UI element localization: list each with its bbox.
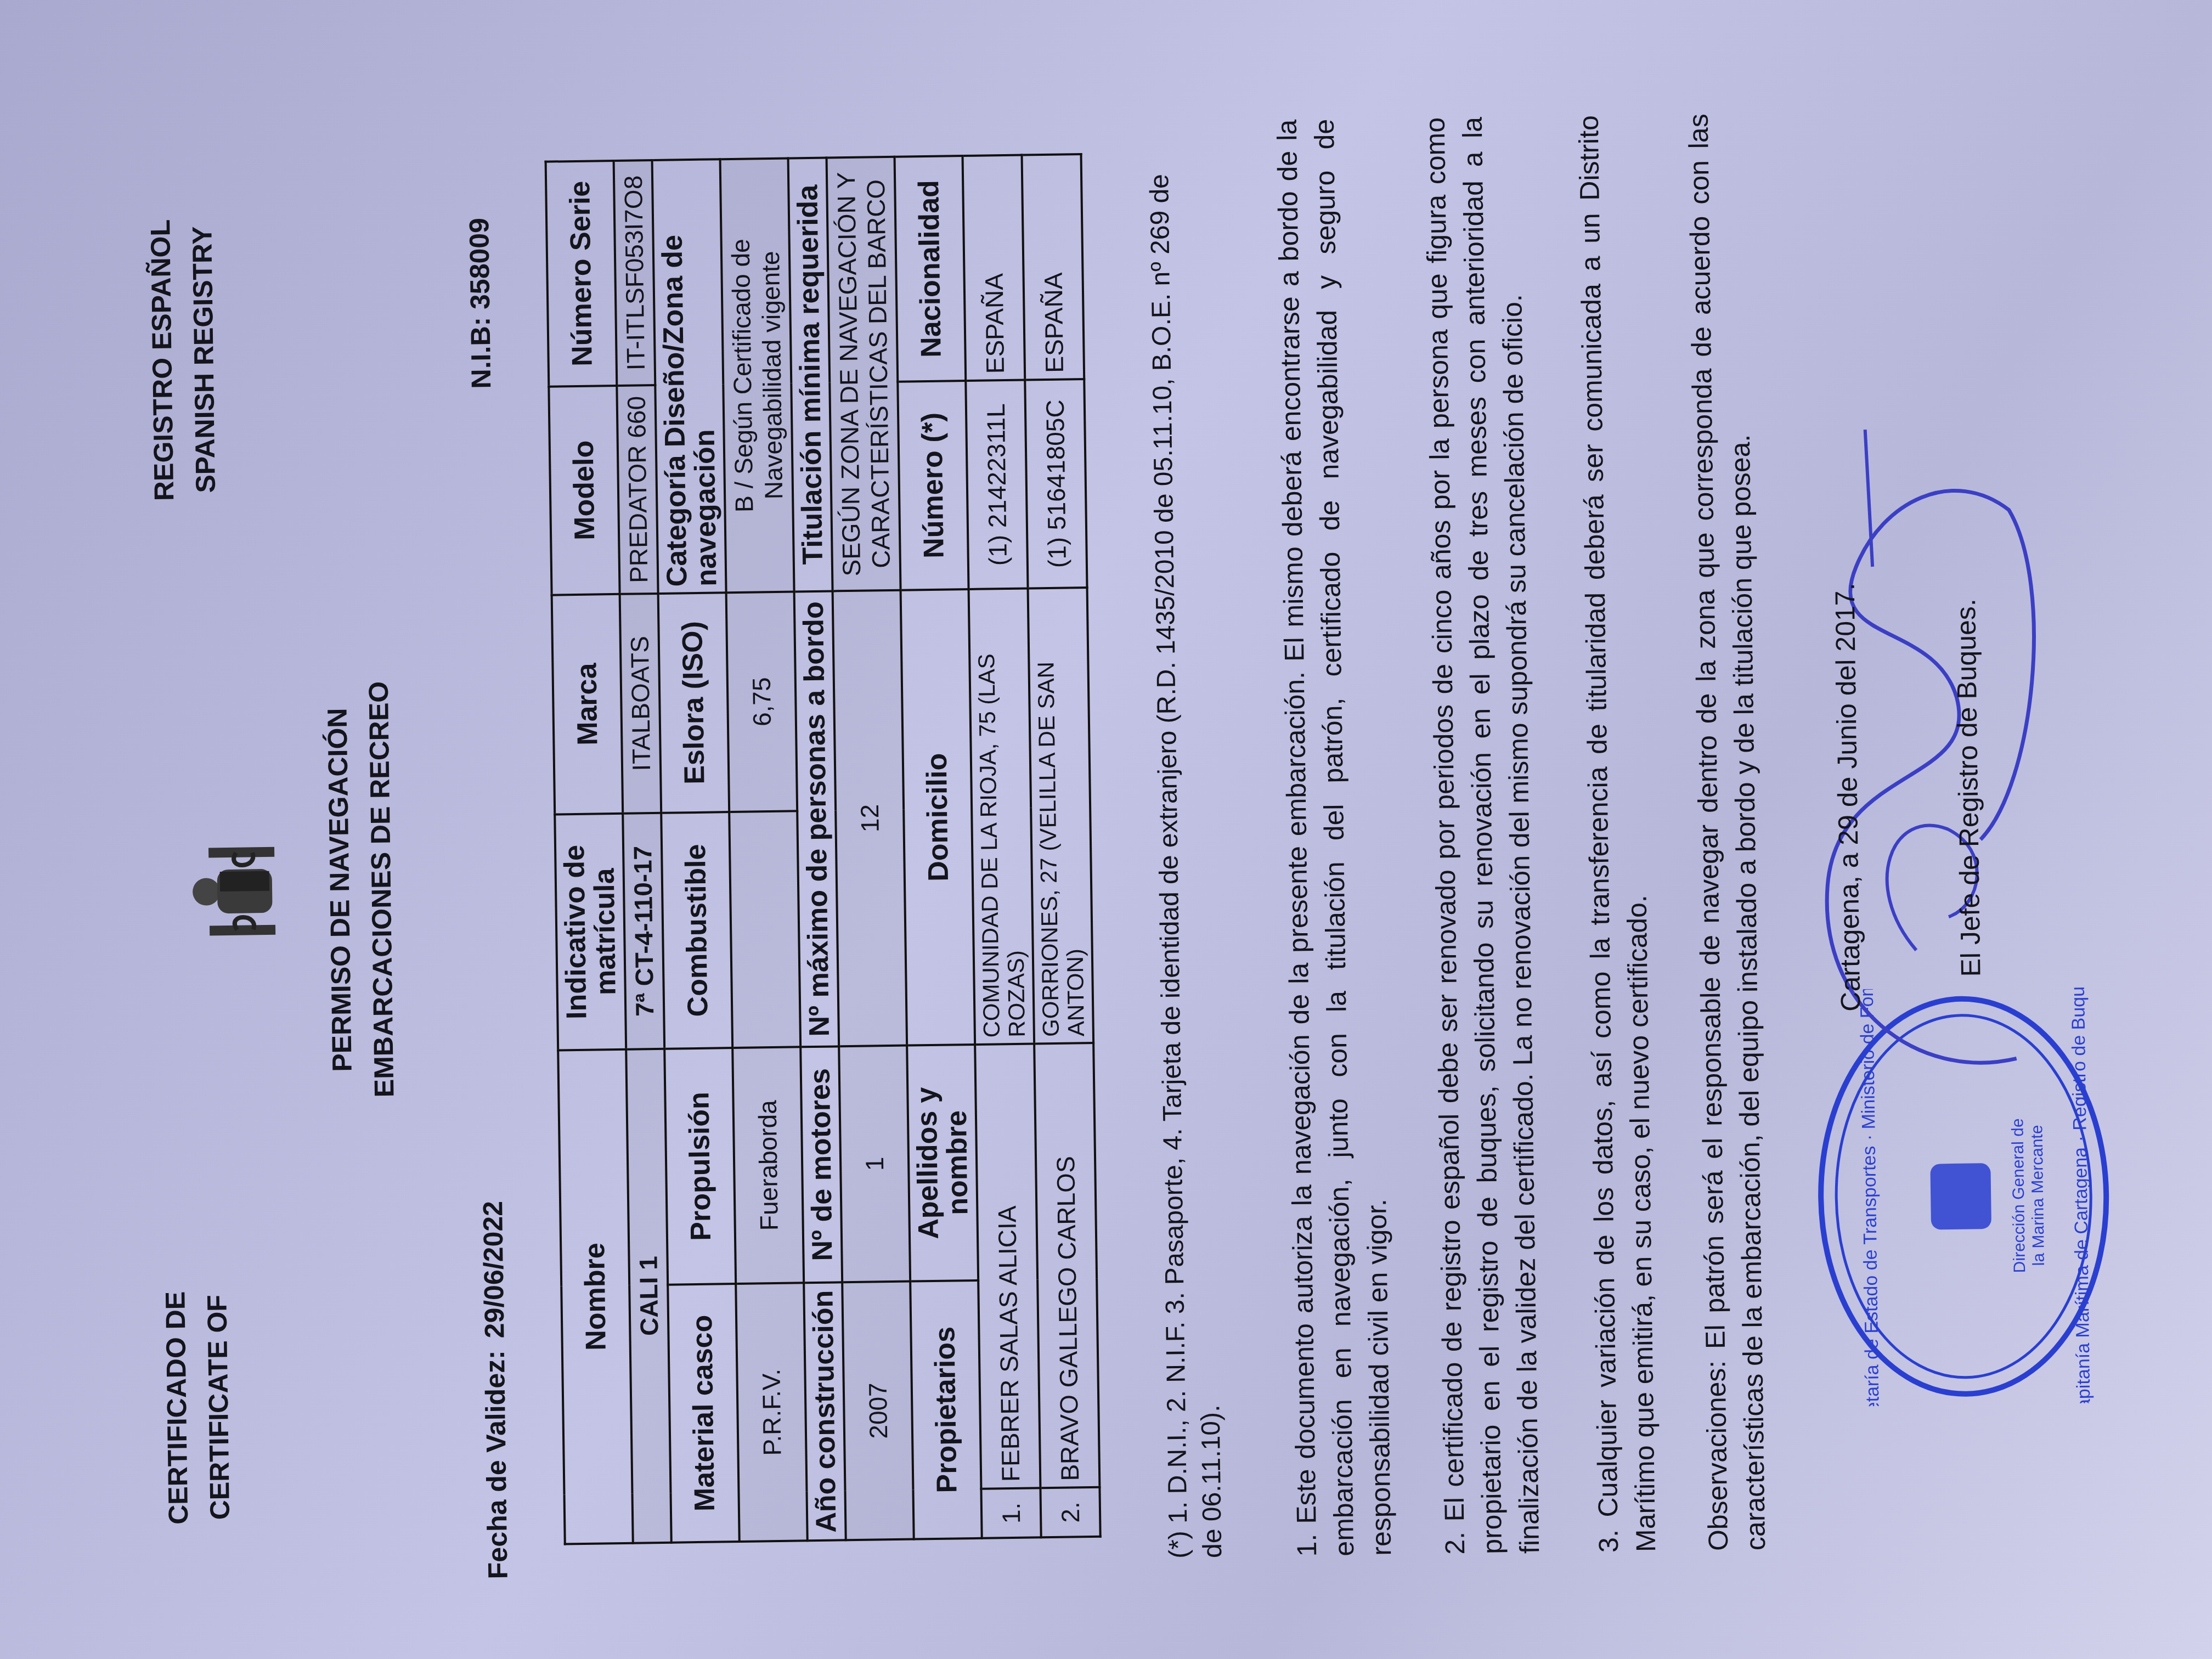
owner-name: BRAVO GALLEGO CARLOS <box>1034 1043 1099 1488</box>
heading-es: CERTIFICADO DE <box>154 1254 200 1562</box>
svg-text:Dirección General de: Dirección General de <box>2008 1118 2029 1273</box>
registry-heading: REGISTRO ESPAÑOL SPANISH REGISTRY <box>139 195 227 525</box>
owner-address: COMUNIDAD DE LA RIOJA, 75 (LAS ROZAS) <box>969 588 1035 1044</box>
header-domicilio: Domicilio <box>901 589 975 1046</box>
header-categoria: Categoría Diseño/Zona de navegación <box>652 159 726 594</box>
value-material-casco: P.R.F.V. <box>736 1283 808 1542</box>
signature-icon <box>1744 399 2083 1117</box>
vessel-data-table: Nombre Indicativo de matrícula Marca Mod… <box>545 153 1102 1545</box>
header-nombre: Nombre <box>558 1049 633 1544</box>
value-propulsion: Fueraborda <box>732 1047 804 1284</box>
header-material-casco: Material casco <box>668 1284 740 1543</box>
header-eslora: Eslora (ISO) <box>658 592 730 813</box>
header-num-motores: Nº de motores <box>800 1046 842 1283</box>
certificate-heading: CERTIFICADO DE CERTIFICATE OF <box>154 1254 241 1562</box>
value-marca: ITALBOATS <box>620 594 662 814</box>
value-categoria: B / Según Certificado de Navegabilidad v… <box>720 158 794 592</box>
value-modelo: PREDATOR 660 <box>617 385 658 594</box>
value-combustible <box>729 811 800 1048</box>
document-title: PERMISO DE NAVEGACIÓN EMBARCACIONES DE R… <box>315 664 405 1115</box>
nib-value: 358009 <box>464 218 495 310</box>
signer-title: El Jefe de Registro de Buques. <box>1950 599 1987 977</box>
header-titulacion: Titulación mínima requerida <box>788 158 833 592</box>
id-type-footnote: (*) 1. D.N.I., 2. N.I.F. 3. Pasaporte, 4… <box>1143 154 1231 1559</box>
owner-name: FEBRER SALAS ALICIA <box>975 1043 1040 1488</box>
header-numero-doc: Número (*) <box>898 381 968 590</box>
owner-index: 2. <box>1040 1487 1100 1537</box>
value-num-motores: 1 <box>839 1046 910 1283</box>
clause-2: 2. El certificado de registro español de… <box>1417 116 1549 1555</box>
clause-3: 3. Cualquier variación de los datos, así… <box>1570 115 1665 1553</box>
header-combustible: Combustible <box>661 812 732 1049</box>
header-propulsion: Propulsión <box>664 1048 736 1285</box>
header-nacionalidad: Nacionalidad <box>895 156 966 382</box>
value-eslora: 6,75 <box>726 591 798 812</box>
owner-index: 1. <box>981 1488 1041 1538</box>
nib-label: N.I.B: <box>465 317 497 388</box>
title-line-1: PERMISO DE NAVEGACIÓN <box>315 665 363 1115</box>
validity-value: 29/06/2022 <box>477 1201 510 1339</box>
validity-label: Fecha de Validez: <box>479 1350 513 1579</box>
header-propietarios: Propietarios <box>910 1280 982 1539</box>
value-numero-serie: IT-ITLSF053I7O8 <box>614 160 656 386</box>
registry-es: REGISTRO ESPAÑOL <box>139 195 185 525</box>
header-ano-construccion: Año construcción <box>804 1282 846 1541</box>
header-matricula: Indicativo de matrícula <box>555 814 626 1051</box>
heading-en: CERTIFICATE OF <box>195 1254 241 1561</box>
nib-number: N.I.B: 358009 <box>463 218 497 389</box>
svg-text:la Marina Mercante: la Marina Mercante <box>2028 1125 2048 1266</box>
header-numero-serie: Número Serie <box>546 161 617 387</box>
clause-1: 1. Este documento autoriza la navegación… <box>1268 118 1401 1557</box>
owner-id-number: (1) 21422311L <box>966 380 1028 589</box>
certificate-sheet: CERTIFICADO DE CERTIFICATE OF PERMISO DE… <box>11 14 2172 1635</box>
validity-date: Fecha de Validez:29/06/2022 <box>477 1201 514 1579</box>
header-max-personas: Nº máximo de personas a bordo <box>794 591 839 1047</box>
registry-en: SPANISH REGISTRY <box>180 195 227 524</box>
owner-nationality: ESPAÑA <box>963 155 1025 381</box>
owner-address: GORRIONES, 27 (VELILLA DE SAN ANTON) <box>1028 588 1094 1043</box>
value-max-personas: 12 <box>833 590 907 1047</box>
header-marca: Marca <box>552 594 623 815</box>
title-line-2: EMBARCACIONES DE RECREO <box>357 664 405 1115</box>
header-apellidos-nombre: Apellidos y nombre <box>907 1045 978 1282</box>
value-titulacion: SEGÚN ZONA DE NAVEGACIÓN Y CARACTERÍSTIC… <box>827 157 901 591</box>
spanish-coat-of-arms-icon <box>187 836 281 947</box>
owner-nationality: ESPAÑA <box>1022 154 1085 380</box>
place-and-date: Cartagena, a 29 de Junio del 2017. <box>1829 583 1867 1012</box>
owner-id-number: (1) 51641805C <box>1025 379 1087 588</box>
header-modelo: Modelo <box>549 386 619 595</box>
value-nombre: CALI 1 <box>626 1049 672 1543</box>
value-matricula: 7ª CT-4-110-17 <box>623 813 664 1049</box>
value-ano-construccion: 2007 <box>842 1282 914 1541</box>
